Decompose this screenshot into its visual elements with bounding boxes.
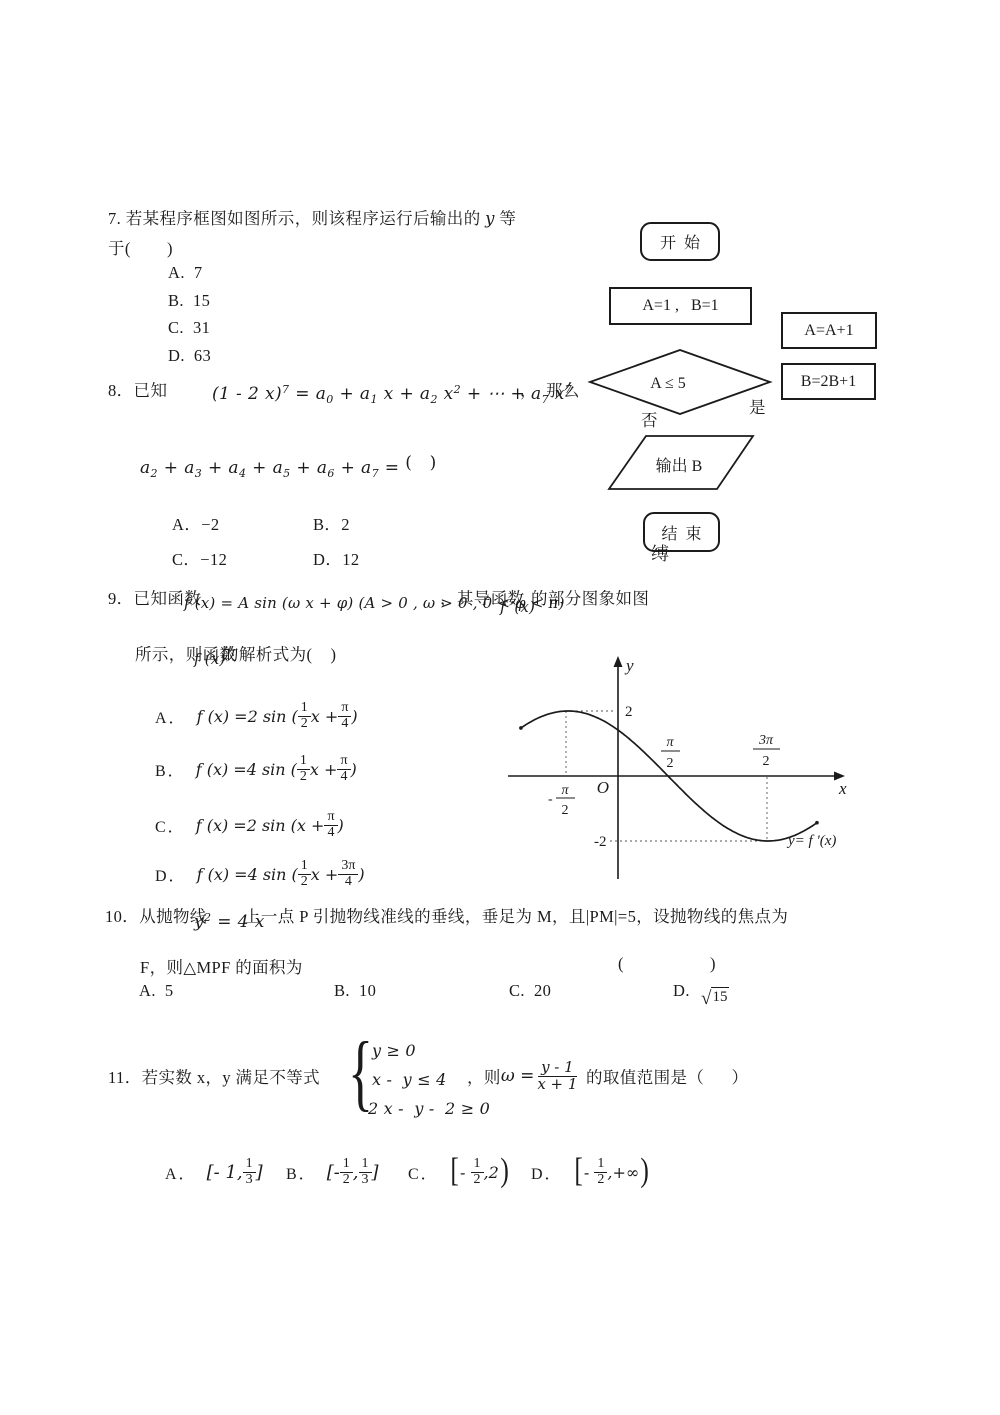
fraction: π4 <box>338 701 351 731</box>
q9-tail: 的部分图象如图 <box>531 585 649 609</box>
decision-condition: A ≤ 5 <box>650 375 685 392</box>
curve-endpoint-left <box>519 726 523 730</box>
radical-sign: √ <box>701 989 711 1008</box>
q9-fprime: f ′(x) <box>500 598 535 616</box>
q9-line2-fx: f (x) <box>194 650 225 668</box>
xtick-neghalfpi-num: π <box>561 783 569 798</box>
q9-option-d: D．f (x) =4 sin (12x +3π4) <box>155 854 365 894</box>
q11-omega-expression: ，则ω =y - 1x + 1 <box>467 1056 580 1096</box>
curve-label: y= f ′(x) <box>786 833 836 849</box>
flowchart-init-node: A=1 , B=1 <box>609 287 752 325</box>
fraction: 12 <box>298 701 311 731</box>
q8-option-c: C．−12 <box>172 546 227 570</box>
omega-fraction: y - 1x + 1 <box>534 1060 580 1093</box>
fraction: 12 <box>594 1157 607 1187</box>
q10-option-d-value: √15 <box>701 987 729 1007</box>
q10-paren-open: ( <box>618 954 624 974</box>
flowchart-stray-char: 缚 <box>651 540 669 566</box>
q11-option-b: B．[-12,13] <box>286 1146 379 1198</box>
q11-tail: 的取值范围是（ ） <box>586 1064 748 1088</box>
x-axis-label: x <box>838 779 847 798</box>
fraction: 12 <box>298 859 311 889</box>
flowchart-decision-diamond: A ≤ 5 <box>588 348 772 416</box>
sqrt-expression: √15 <box>701 987 729 1006</box>
q8-formula: (1 - 2 x)7 = a0 + a1 x + a2 x2 + ⋯ + a7 … <box>212 383 572 406</box>
q7-line1: 7. 若某程序框图如图所示，则该程序运行后输出的 y 等 <box>108 205 516 229</box>
q8-head: 8．已知 <box>108 377 167 401</box>
q7-line1-text: 7. 若某程序框图如图所示，则该程序运行后输出的 <box>108 209 485 228</box>
q7-var-y: y <box>485 209 495 228</box>
big-paren-close: ) <box>641 1154 649 1188</box>
flowchart-increment-a-node: A=A+1 <box>781 312 877 349</box>
big-paren-close: ) <box>500 1154 508 1188</box>
q9-option-b: B．f (x) =4 sin (12x +π4) <box>155 749 357 789</box>
y-axis-label: y <box>624 656 634 675</box>
xtick-halfpi-num: π <box>666 735 674 750</box>
q8-option-b: B．2 <box>313 511 350 535</box>
q7-option-b: B. 15 <box>168 291 210 311</box>
q10-head: 10．从抛物线 <box>105 903 207 927</box>
q10-option-b: B. 10 <box>334 981 376 1001</box>
fraction: 3π4 <box>338 859 358 889</box>
xtick-neghalfpi-sign: - <box>548 792 553 807</box>
q10-option-a: A. 5 <box>139 981 174 1001</box>
q8-tail: ， 那么 <box>520 377 580 401</box>
q7-option-d: D. 63 <box>168 346 211 366</box>
fprime-graph: y x O 2 -2 - π 2 π 2 3π 2 y= f ′(x) <box>498 653 890 883</box>
q11-inequality-1: y ≥ 0 <box>372 1041 416 1060</box>
q11-inequality-3: 2 x - y - 2 ≥ 0 <box>368 1099 490 1118</box>
q9-option-c: C．f (x) =2 sin (x +π4) <box>155 805 344 845</box>
q8-option-a: A．−2 <box>172 511 220 535</box>
q11-option-a: A．[- 1,13] <box>165 1146 263 1198</box>
fraction: 13 <box>359 1157 372 1187</box>
q8-line2-formula: a2 + a3 + a4 + a5 + a6 + a7 = ( ) <box>140 453 437 480</box>
q9-option-a: A．f (x) =2 sin (12x +π4) <box>155 696 358 736</box>
q7-option-c: C. 31 <box>168 318 210 338</box>
flowchart-output-parallelogram: 输出 B <box>604 434 756 492</box>
ytick-neg2: -2 <box>594 834 607 850</box>
q11-inequality-2: x - y ≤ 4 <box>372 1070 446 1089</box>
origin-label: O <box>597 778 609 797</box>
q11-head: 11．若实数 x，y 满足不等式 <box>108 1064 320 1088</box>
flowchart-yes-label: 是 <box>749 394 766 418</box>
xtick-3halfpi-den: 2 <box>763 754 770 769</box>
flowchart-update-b-node: B=2B+1 <box>781 363 876 400</box>
q10-paren-close: ) <box>710 954 716 974</box>
fraction: π4 <box>324 810 337 840</box>
curve-endpoint-right <box>815 821 819 825</box>
fraction: 12 <box>340 1157 353 1187</box>
big-bracket-open: [ <box>450 1154 458 1188</box>
xtick-halfpi-den: 2 <box>667 756 674 771</box>
q8-answer-paren: ( ) <box>405 453 436 473</box>
q7-line2: 于( ) <box>108 235 173 259</box>
q10-option-d-label: D. <box>673 981 690 1001</box>
fraction: 13 <box>243 1157 256 1187</box>
q9-line2-post: 的解析式为( ) <box>222 641 336 665</box>
xtick-3halfpi-num: 3π <box>758 733 774 748</box>
output-label: 输出 B <box>656 457 703 475</box>
q7-option-a: A. 7 <box>168 263 203 283</box>
flowchart-start-node: 开 始 <box>640 222 720 261</box>
fraction: 12 <box>297 754 310 784</box>
fraction: π4 <box>337 754 350 784</box>
flowchart-no-label: 否 <box>641 407 658 431</box>
big-bracket-open: [ <box>574 1154 582 1188</box>
ytick-2: 2 <box>625 704 633 720</box>
q11-option-c: C．[- 12,2) <box>408 1146 510 1198</box>
fraction: 12 <box>471 1157 484 1187</box>
xtick-neghalfpi-den: 2 <box>562 803 569 818</box>
q7-line1-tail: 等 <box>495 209 516 228</box>
q11-option-d: D．[- 12,+∞) <box>531 1146 651 1198</box>
q10-option-c: C. 20 <box>509 981 551 1001</box>
q10-line2: F，则△MPF 的面积为 <box>140 954 303 978</box>
exam-page: { "q7": { "l1a": "7. 若某程序框图如图所示，则该程序运行后输… <box>0 0 1000 1415</box>
q10-tail: 上一点 P 引抛物线准线的垂线，垂足为 M，且|PM|=5，设抛物线的焦点为 <box>244 903 788 927</box>
q8-option-d: D．12 <box>313 546 360 570</box>
y-axis-arrow <box>614 656 623 667</box>
